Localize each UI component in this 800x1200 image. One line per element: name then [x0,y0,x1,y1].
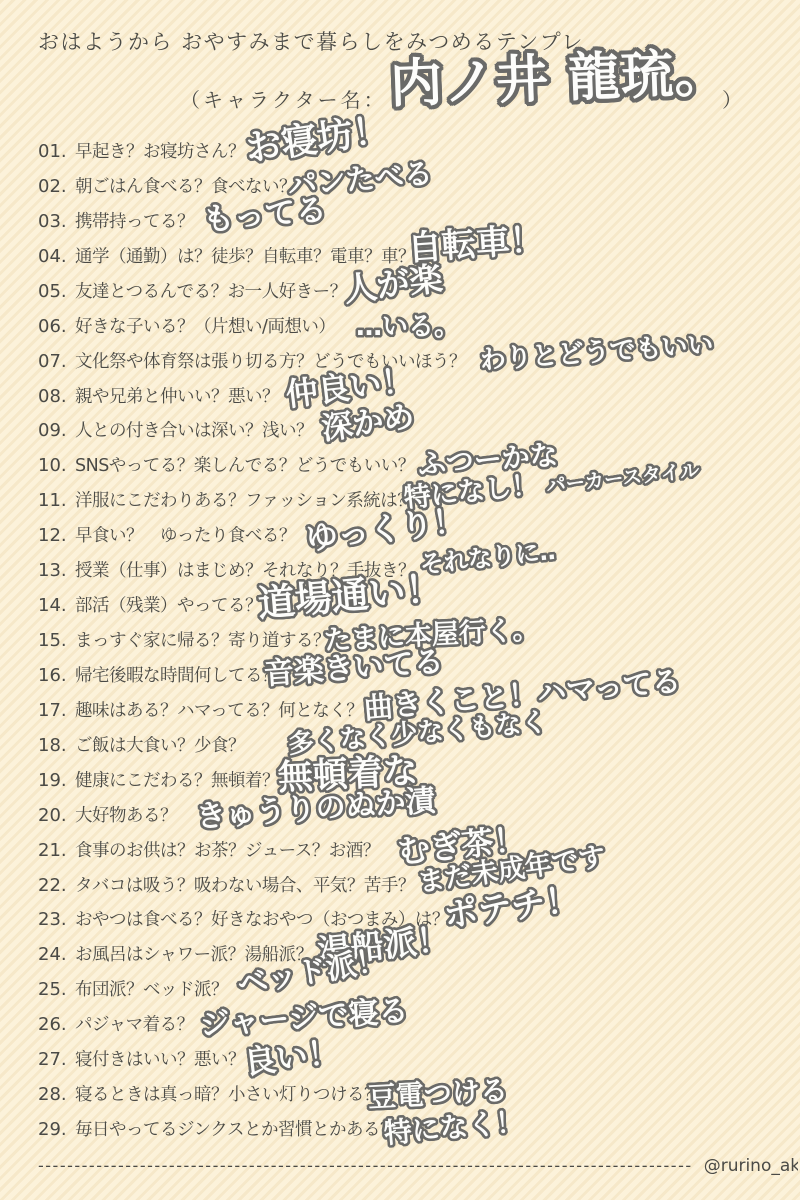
question-row: 22. タバコは吸う？吸わない場合、平気？苦手？ まだ未成年です [0,868,800,904]
question-row: 27. 寝付きはいい？悪い？ 良い！ [0,1042,800,1078]
question-number: 13. [38,553,67,589]
question-row: 14. 部活（残業）やってる？ 道場通い！ [0,588,800,624]
question-number: 27. [38,1042,67,1078]
question-text: 早食い？ ゆったり食べる？ [75,518,296,554]
question-number: 21. [38,833,67,869]
answer-handwritten: 特になく！ [383,1108,525,1148]
answer-handwritten: もってる [202,195,328,237]
question-number: 01. [38,134,67,170]
question-text: 好きな子いる？（片想い/両想い） [75,309,335,345]
question-text: 部活（残業）やってる？ [75,588,262,624]
question-row: 02. 朝ごはん食べる？食べない？ パンたべる [0,169,800,205]
question-number: 12. [38,518,67,554]
question-text: 布団派？ベッド派？ [75,972,228,1008]
question-number: 26. [38,1007,67,1043]
question-number: 06. [38,309,67,345]
answer-handwritten: 良い！ [242,1036,341,1079]
question-number: 28. [38,1077,67,1113]
question-text: パジャマ着る？ [75,1007,194,1043]
question-number: 07. [38,344,67,380]
question-list: 01. 早起き？お寝坊さん？ お寝坊！ 02. 朝ごはん食べる？食べない？ パン… [0,0,800,1200]
question-text: 食事のお供は？お茶？ジュース？お酒？ [75,833,380,869]
question-text: 親や兄弟と仲いい？悪い？ [75,379,279,415]
footer-divider-dashes: ----------------------------------------… [38,1156,693,1175]
answer-handwritten: 豆電つける [367,1077,508,1112]
question-number: 10. [38,448,67,484]
question-number: 29. [38,1112,67,1148]
question-row: 21. 食事のお供は？お茶？ジュース？お酒？ むぎ茶！ [0,833,800,869]
answer-handwritten: …いる。 [356,314,460,340]
question-number: 04. [38,239,67,275]
answer-handwritten: 人が楽 [342,261,444,306]
question-text: 帰宅後暇な時間何してる？ [75,658,279,694]
question-row: 05. 友達とつるんでる？お一人好きー？ 人が楽 [0,274,800,310]
question-row: 29. 毎日やってるジンクスとか習慣とかある？ 特になく！ [0,1112,800,1148]
question-row: 03. 携帯持ってる？ もってる [0,204,800,240]
question-number: 18. [38,728,67,764]
question-number: 14. [38,588,67,624]
question-text: 大好物ある？ [75,798,177,834]
question-number: 05. [38,274,67,310]
questionnaire-page: おはようから おやすみまで暮らしをみつめるテンプレ （キャラクター名： 内ノ井 … [0,0,800,1200]
question-text: 健康にこだわる？無頓着？ [75,763,279,799]
question-number: 19. [38,763,67,799]
question-text: ご飯は大食い？少食？ [75,728,245,764]
question-number: 17. [38,693,67,729]
footer: ----------------------------------------… [38,1156,798,1176]
question-number: 23. [38,902,67,938]
question-text: 寝るときは真っ暗？小さい灯りつける？ [75,1077,381,1113]
answer-handwritten: お寝坊！ [243,112,391,168]
question-row: 28. 寝るときは真っ暗？小さい灯りつける？ 豆電つける [0,1077,800,1113]
question-row: 09. 人との付き合いは深い？浅い？ 深かめ [0,413,800,449]
question-text: タバコは吸う？吸わない場合、平気？苦手？ [75,868,415,904]
question-number: 20. [38,798,67,834]
question-number: 22. [38,868,67,904]
question-row: 20. 大好物ある？ きゅうりのぬか漬 [0,798,800,834]
question-number: 09. [38,413,67,449]
twitter-handle: @rurino_akira [704,1156,798,1176]
question-number: 16. [38,658,67,694]
question-text: SNSやってる？楽しんでる？どうでもいい？ [75,448,415,484]
answer-main: …いる。 [356,312,460,342]
question-number: 15. [38,623,67,659]
question-text: 携帯持ってる？ [75,204,194,240]
question-number: 02. [38,169,67,205]
question-number: 25. [38,972,67,1008]
question-text: 寝付きはいい？悪い？ [75,1042,245,1078]
question-text: 毎日やってるジンクスとか習慣とかある？ [75,1112,397,1148]
question-text: 友達とつるんでる？お一人好きー？ [75,274,347,310]
question-text: 早起き？お寝坊さん？ [75,134,245,170]
question-text: 趣味はある？ハマってる？何となく？ [75,693,363,729]
question-number: 24. [38,937,67,973]
question-row: 24. お風呂はシャワー派？湯船派？ 湯船派！ [0,937,800,973]
question-number: 11. [38,483,67,519]
question-text: 人との付き合いは深い？浅い？ [75,413,313,449]
question-number: 03. [38,204,67,240]
answer-handwritten: 深かめ [320,402,416,446]
question-row: 26. パジャマ着る？ ジャージで寝る [0,1007,800,1043]
question-row: 12. 早食い？ ゆったり食べる？ ゆっくり！ [0,518,800,554]
question-number: 08. [38,379,67,415]
question-text: まっすぐ家に帰る？寄り道する？ [75,623,330,659]
